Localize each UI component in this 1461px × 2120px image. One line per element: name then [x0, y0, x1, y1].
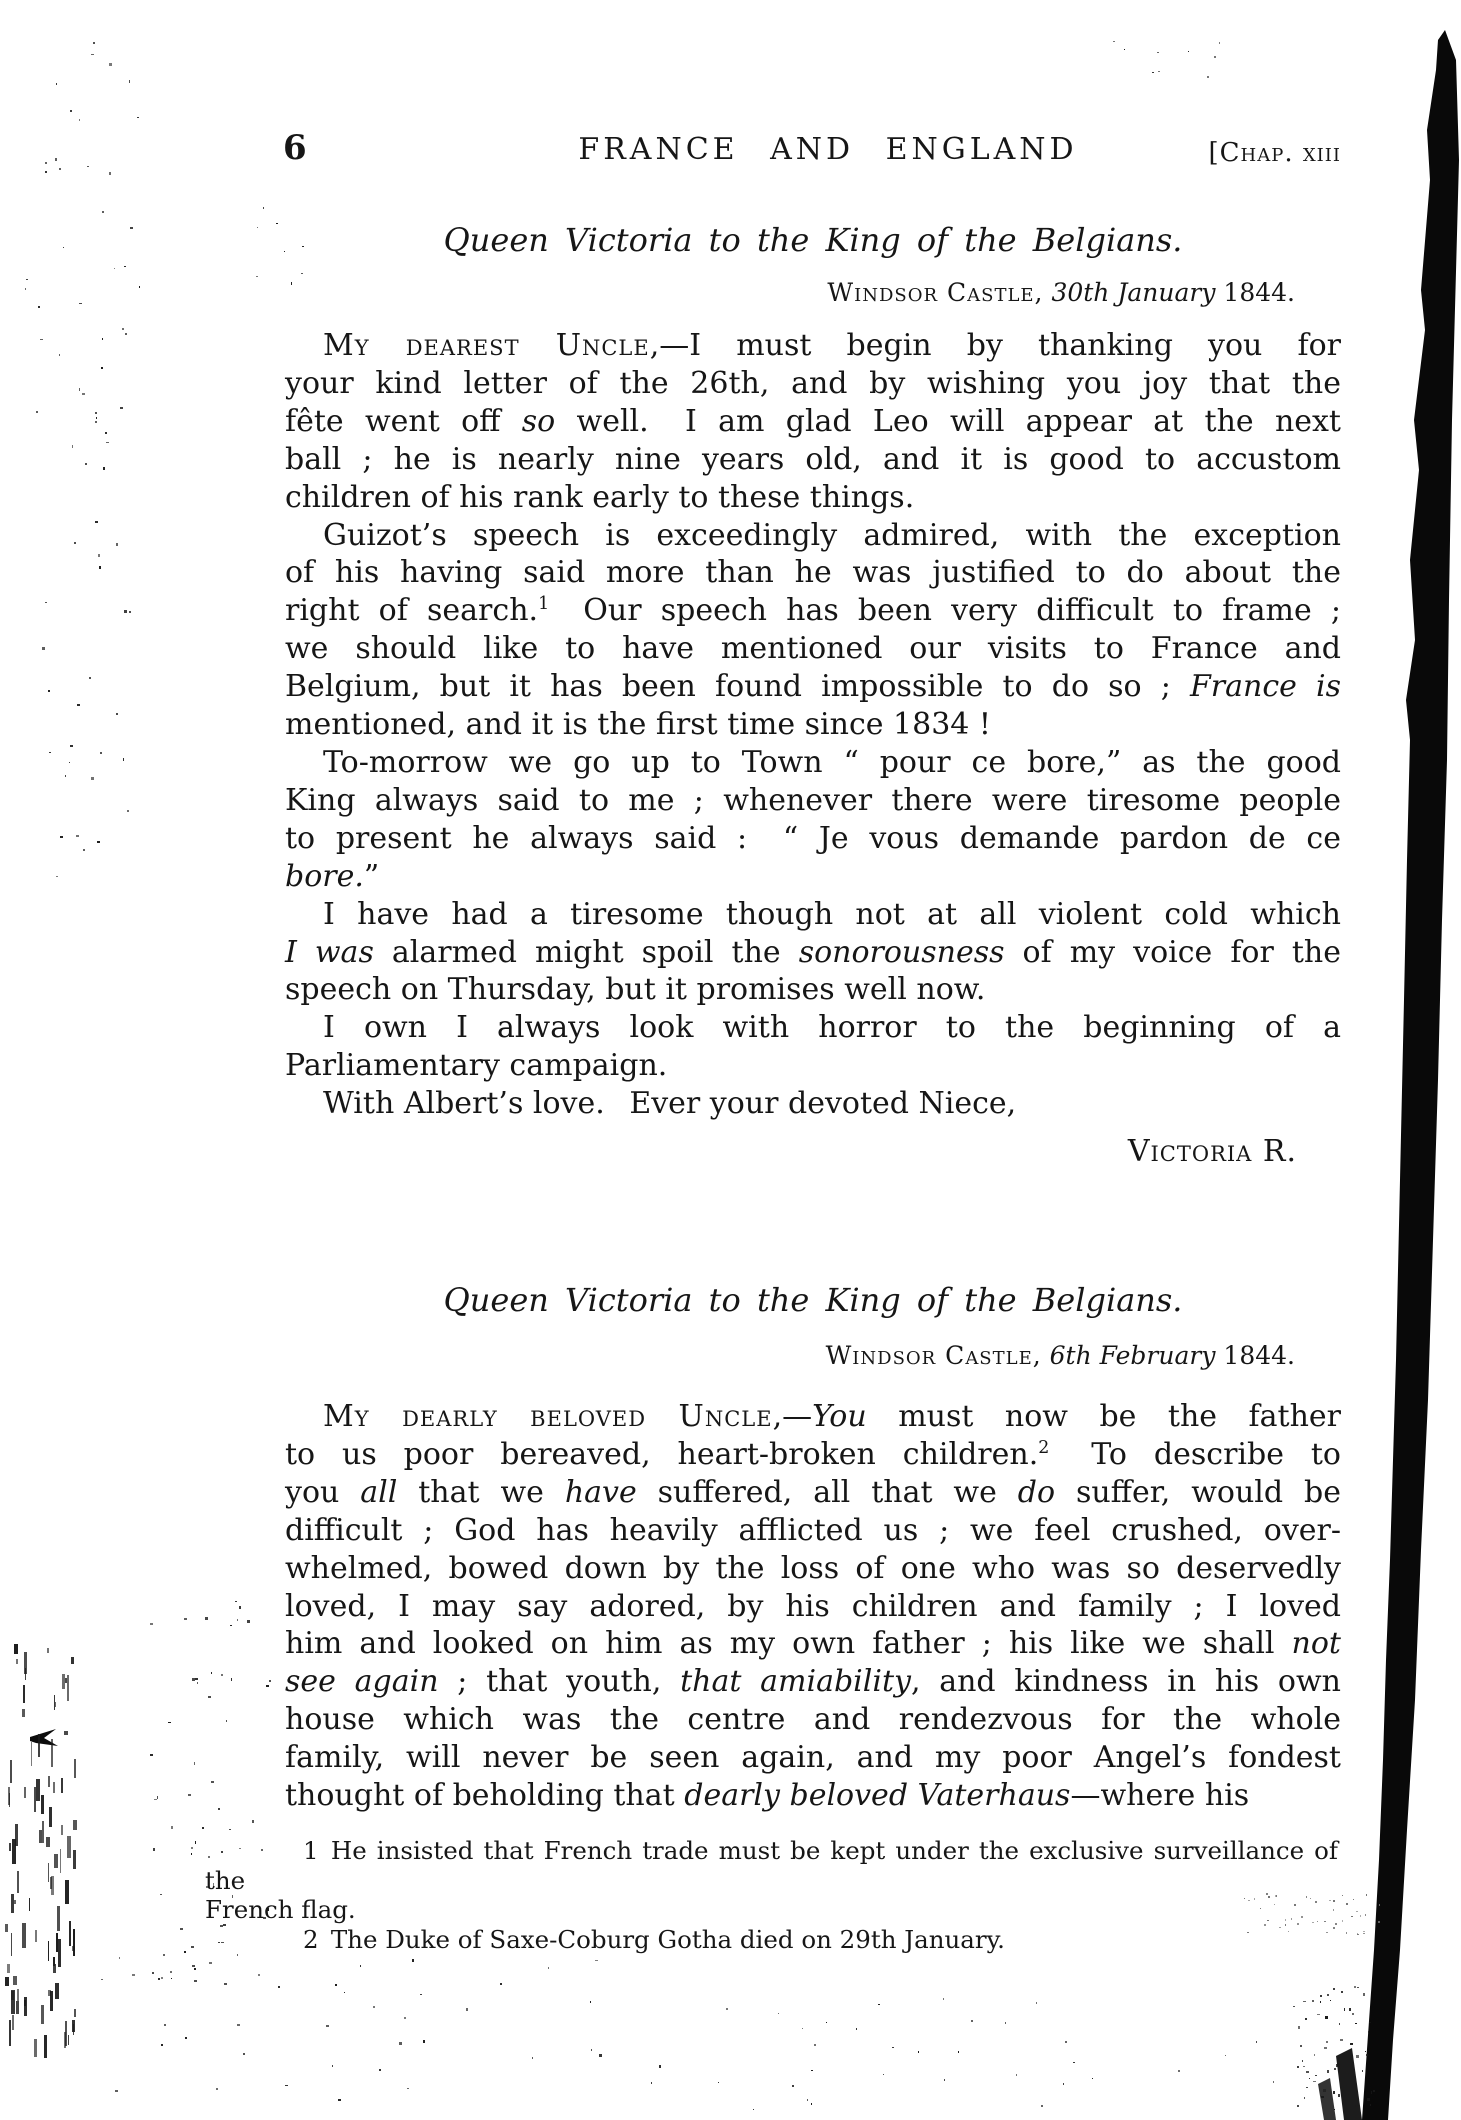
- noise-speck: [161, 1977, 164, 1978]
- noise-speck: [257, 227, 258, 228]
- text-run: Our speech has been very difficult to fr…: [549, 593, 1341, 628]
- noise-speck: [9, 2020, 11, 2047]
- text-run: ”: [364, 859, 379, 894]
- noise-speck: [65, 775, 66, 777]
- noise-speck: [184, 1618, 187, 1620]
- noise-speck: [1379, 1904, 1380, 1906]
- noise-speck: [93, 42, 95, 44]
- noise-speck: [194, 1980, 197, 1982]
- noise-speck: [224, 1983, 227, 1985]
- text-run: have: [565, 1475, 637, 1510]
- noise-speck: [1314, 2054, 1315, 2056]
- noise-speck: [73, 1929, 75, 1956]
- text-run: France is: [1190, 669, 1341, 704]
- noise-speck: [1041, 2105, 1043, 2107]
- noise-speck: [184, 1951, 186, 1953]
- noise-speck: [129, 611, 131, 613]
- noise-speck: [79, 303, 82, 305]
- noise-speck: [1303, 2066, 1305, 2067]
- noise-speck: [40, 339, 42, 340]
- noise-speck: [258, 1974, 260, 1976]
- noise-speck: [1300, 2045, 1302, 2047]
- text-run: bore.: [285, 859, 364, 894]
- noise-speck: [1367, 2098, 1369, 2101]
- text-run: must now be the father: [867, 1399, 1341, 1434]
- noise-speck: [106, 442, 109, 443]
- noise-speck: [56, 876, 57, 877]
- noise-speck: [1306, 2087, 1308, 2089]
- noise-speck: [13, 1976, 17, 1986]
- noise-speck: [195, 1841, 196, 1843]
- noise-speck: [25, 288, 26, 290]
- noise-speck: [60, 836, 62, 838]
- noise-speck: [335, 1984, 336, 1986]
- noise-speck: [412, 1959, 414, 1962]
- noise-speck: [163, 1954, 165, 1956]
- noise-speck: [72, 2020, 76, 2032]
- text-run: —where his: [1070, 1778, 1249, 1813]
- letter1-heading: Queen Victoria to the King of the Belgia…: [285, 221, 1341, 259]
- text-line: bore.”: [285, 858, 1341, 896]
- noise-speck: [105, 432, 107, 434]
- noise-speck: [1124, 49, 1125, 50]
- noise-speck: [237, 1954, 238, 1956]
- noise-speck: [1356, 1911, 1358, 1912]
- text-line: family, will never be seen again, and my…: [285, 1739, 1341, 1777]
- letter2-dateline: Windsor Castle, 6th February 1844.: [285, 1341, 1341, 1370]
- noise-speck: [252, 1820, 254, 1822]
- text-line: King always said to me ; whenever there …: [285, 782, 1341, 820]
- noise-speck: [61, 1778, 63, 1794]
- noise-speck: [61, 1825, 63, 1835]
- noise-speck: [1005, 2022, 1007, 2024]
- text-line: I was alarmed might spoil the sonorousne…: [285, 934, 1341, 972]
- text-run: 2 The Duke of Saxe-Coburg Gotha died on …: [303, 1925, 1005, 1954]
- noise-speck: [39, 1830, 42, 1842]
- noise-speck: [68, 2035, 70, 2044]
- noise-speck: [1346, 1932, 1347, 1933]
- noise-speck: [1334, 2109, 1336, 2111]
- noise-speck: [229, 1829, 230, 1830]
- noise-speck: [1357, 1987, 1359, 1988]
- noise-speck: [109, 172, 110, 175]
- noise-speck: [1306, 2071, 1309, 2073]
- noise-speck: [10, 1760, 12, 1783]
- noise-speck: [101, 367, 102, 369]
- noise-speck: [1366, 2054, 1368, 2055]
- text-run: alarmed might spoil the: [374, 935, 799, 970]
- noise-speck: [301, 273, 302, 274]
- noise-speck: [115, 2090, 118, 2092]
- noise-speck: [1354, 1986, 1356, 1988]
- noise-speck: [1357, 1934, 1359, 1935]
- text-line: of his having said more than he was just…: [285, 554, 1341, 592]
- text-run: Guizot’s speech is exceedingly admired, …: [323, 518, 1341, 553]
- noise-speck: [1073, 2062, 1074, 2063]
- noise-speck: [1326, 2041, 1328, 2043]
- noise-speck: [70, 110, 72, 111]
- text-run: difficult ; God has heavily afflicted us…: [285, 1513, 1341, 1548]
- text-run: fête went off: [285, 404, 522, 439]
- footnotes: 1 He insisted that French trade must be …: [205, 1836, 1338, 1954]
- noise-speck: [158, 1978, 159, 1980]
- noise-speck: [7, 1964, 10, 1973]
- noise-speck: [171, 1826, 173, 1829]
- text-run: My dearest Uncle: [323, 328, 650, 363]
- noise-speck: [124, 266, 126, 267]
- noise-speck: [532, 2057, 533, 2058]
- noise-speck: [60, 1849, 61, 1873]
- noise-speck: [1344, 2008, 1345, 2011]
- noise-speck: [599, 2054, 601, 2057]
- text-line: difficult ; God has heavily afflicted us…: [285, 1512, 1341, 1550]
- noise-speck: [1113, 41, 1115, 42]
- noise-speck: [69, 1921, 71, 1946]
- text-run: do: [1018, 1475, 1055, 1510]
- noise-speck: [191, 1853, 193, 1855]
- dateline-year: 1844.: [1223, 278, 1295, 307]
- noise-speck: [892, 2047, 894, 2048]
- noise-speck: [98, 554, 100, 557]
- noise-speck: [814, 2044, 816, 2046]
- text-line: Belgium, but it has been found impossibl…: [285, 668, 1341, 706]
- text-run: mentioned, and it is the first time sinc…: [285, 707, 991, 742]
- noise-speck: [91, 777, 94, 780]
- noise-speck: [120, 407, 123, 409]
- noise-speck: [1351, 1916, 1353, 1918]
- noise-speck: [278, 1986, 279, 1988]
- noise-speck: [226, 1720, 228, 1723]
- noise-speck: [83, 849, 85, 852]
- text-run: ,—: [773, 1399, 813, 1434]
- noise-speck: [1214, 56, 1216, 58]
- noise-speck: [152, 1972, 154, 1974]
- letter2-heading: Queen Victoria to the King of the Belgia…: [285, 1281, 1341, 1319]
- noise-speck: [14, 1644, 18, 1653]
- noise-speck: [807, 2099, 808, 2101]
- text-run: sonorousness: [799, 935, 1005, 970]
- noise-speck: [168, 1722, 171, 1723]
- noise-speck: [34, 1787, 37, 1812]
- noise-speck: [53, 1782, 55, 1793]
- text-run: French flag.: [205, 1895, 356, 1924]
- noise-speck: [811, 2103, 813, 2105]
- noise-speck: [197, 1682, 199, 1684]
- noise-speck: [73, 1850, 76, 1868]
- noise-speck: [180, 1928, 182, 1931]
- noise-speck: [1366, 1894, 1367, 1896]
- noise-speck: [46, 1837, 50, 1847]
- noise-speck: [91, 54, 94, 55]
- text-line: to us poor bereaved, heart-broken childr…: [285, 1436, 1341, 1474]
- text-run: thought of beholding that: [285, 1778, 684, 1813]
- noise-speck: [137, 117, 140, 118]
- noise-speck: [56, 1933, 58, 1952]
- noise-speck: [1092, 2078, 1094, 2079]
- noise-speck: [72, 445, 73, 448]
- text-line: Parliamentary campaign.: [285, 1047, 1341, 1085]
- text-run: so: [522, 404, 555, 439]
- noise-speck: [16, 1659, 18, 1664]
- noise-speck: [45, 162, 48, 164]
- text-line: I own I always look with horror to the b…: [285, 1009, 1341, 1047]
- noise-speck: [95, 421, 97, 422]
- text-line: house which was the centre and rendezvou…: [285, 1701, 1341, 1739]
- noise-speck: [95, 412, 97, 414]
- noise-speck: [67, 1675, 70, 1701]
- noise-speck: [1302, 2060, 1303, 2062]
- noise-speck: [50, 1877, 52, 1889]
- noise-speck: [48, 1990, 51, 1996]
- text-run: With Albert’s love. Ever your devoted Ni…: [323, 1086, 1016, 1121]
- noise-speck: [548, 1967, 549, 1969]
- noise-speck: [72, 1946, 74, 1950]
- noise-speck: [192, 1678, 195, 1681]
- noise-speck: [12, 1839, 16, 1865]
- noise-speck: [1158, 71, 1160, 73]
- noise-speck: [878, 2004, 879, 2005]
- noise-speck: [53, 1957, 54, 1966]
- noise-speck: [944, 2079, 946, 2081]
- noise-speck: [5, 1924, 7, 1932]
- noise-speck: [55, 158, 57, 160]
- noise-speck: [11, 1991, 14, 2000]
- noise-speck: [49, 752, 51, 753]
- noise-speck: [1256, 2041, 1257, 2042]
- noise-speck: [237, 2024, 239, 2026]
- noise-speck: [1219, 42, 1221, 44]
- text-run: him and looked on him as my own father ;…: [285, 1626, 1292, 1661]
- noise-speck: [1317, 2014, 1320, 2016]
- noise-speck: [170, 1971, 172, 1973]
- noise-speck: [263, 207, 265, 209]
- text-line: ball ; he is nearly nine years old, and …: [285, 441, 1341, 479]
- noise-speck: [44, 2035, 47, 2058]
- noise-speck: [57, 1906, 60, 1931]
- noise-speck: [51, 1739, 53, 1767]
- text-run: Belgium, but it has been found impossibl…: [285, 669, 1190, 704]
- noise-speck: [114, 268, 115, 269]
- noise-speck: [1356, 2055, 1359, 2058]
- noise-speck: [753, 2109, 754, 2110]
- noise-speck: [1313, 2081, 1316, 2082]
- noise-speck: [97, 841, 100, 843]
- text-line: to present he always said : “ Je vous de…: [285, 820, 1341, 858]
- dateline-year: 1844.: [1223, 1341, 1295, 1370]
- noise-speck: [651, 2082, 652, 2084]
- noise-speck: [191, 1847, 193, 1850]
- text-line: mentioned, and it is the first time sinc…: [285, 706, 1341, 744]
- noise-speck: [85, 463, 86, 465]
- noise-speck: [48, 1863, 50, 1882]
- noise-speck: [1340, 2039, 1343, 2041]
- text-run: you: [285, 1475, 360, 1510]
- text-line: To-morrow we go up to Town “ pour ce bor…: [285, 744, 1341, 782]
- noise-speck: [958, 2051, 959, 2053]
- noise-speck: [9, 1843, 11, 1852]
- text-line: your kind letter of the 26th, and by wis…: [285, 365, 1341, 403]
- noise-speck: [34, 2039, 37, 2057]
- noise-speck: [129, 80, 131, 83]
- noise-speck: [1353, 1899, 1354, 1901]
- noise-speck: [36, 1779, 40, 1800]
- noise-speck: [24, 1787, 26, 1798]
- noise-speck: [1207, 76, 1208, 78]
- noise-speck: [1378, 1921, 1380, 1923]
- noise-speck: [1178, 2070, 1179, 2071]
- dateline-date: 6th February: [1050, 1341, 1216, 1370]
- noise-speck: [87, 166, 88, 167]
- noise-speck: [16, 2001, 18, 2014]
- text-line: see again ; that youth, that amiability,…: [285, 1663, 1341, 1701]
- noise-speck: [157, 1796, 158, 1799]
- noise-speck: [1334, 2068, 1336, 2070]
- noise-speck: [379, 2069, 381, 2071]
- noise-speck: [77, 704, 80, 706]
- noise-speck: [79, 388, 80, 391]
- noise-speck: [47, 1648, 49, 1653]
- noise-speck: [71, 1657, 73, 1664]
- noise-speck: [1360, 1915, 1361, 1917]
- noise-speck: [65, 2021, 67, 2046]
- noise-speck: [56, 83, 58, 85]
- noise-speck: [1365, 2051, 1366, 2052]
- noise-speck: [1349, 2008, 1352, 2011]
- noise-speck: [1363, 1933, 1365, 1935]
- noise-speck: [22, 1709, 25, 1717]
- noise-speck: [1341, 1991, 1343, 1992]
- noise-speck: [1357, 1933, 1358, 1934]
- text-line: My dearly beloved Uncle,—You must now be…: [285, 1398, 1341, 1436]
- noise-speck: [802, 2028, 803, 2030]
- noise-speck: [338, 2099, 341, 2101]
- book-page: 6 FRANCE AND ENGLAND [Chap. xiii Queen V…: [0, 0, 1461, 2120]
- noise-speck: [1297, 2066, 1299, 2069]
- noise-speck: [1333, 2091, 1335, 2093]
- noise-speck: [74, 1759, 76, 1777]
- dateline-place: Windsor Castle,: [827, 278, 1043, 307]
- text-line: right of search.1 Our speech has been ve…: [285, 592, 1341, 630]
- text-run: dearly beloved Vaterhaus: [684, 1778, 1070, 1813]
- noise-speck: [1305, 2018, 1306, 2019]
- noise-speck: [64, 1731, 67, 1735]
- noise-speck: [1325, 2016, 1328, 2019]
- noise-speck: [25, 1668, 26, 1681]
- text-line: 1 He insisted that French trade must be …: [205, 1836, 1338, 1895]
- noise-speck: [130, 227, 133, 229]
- text-run: that amiability: [680, 1664, 911, 1699]
- noise-speck: [216, 2088, 218, 2090]
- text-run: to us poor bereaved, heart-broken childr…: [285, 1437, 1038, 1472]
- noise-speck: [73, 1820, 77, 1829]
- noise-speck: [29, 1898, 31, 1911]
- text-line: My dearest Uncle,—I must begin by thanki…: [285, 327, 1341, 365]
- noise-speck: [269, 1680, 270, 1681]
- noise-speck: [1293, 2006, 1294, 2007]
- noise-speck: [404, 2017, 406, 2019]
- text-run: 2: [1038, 1438, 1049, 1458]
- noise-speck: [55, 1702, 57, 1707]
- noise-speck: [164, 2024, 166, 2026]
- noise-speck: [82, 393, 84, 394]
- noise-speck: [500, 1983, 502, 1984]
- noise-speck: [54, 1695, 55, 1710]
- text-line: whelmed, bowed down by the loss of one w…: [285, 1550, 1341, 1588]
- noise-speck: [103, 467, 105, 470]
- noise-speck: [1352, 2013, 1354, 2015]
- noise-speck: [41, 1795, 45, 1813]
- noise-speck: [53, 1964, 56, 1973]
- noise-speck: [50, 1991, 53, 2011]
- noise-speck: [17, 1989, 18, 2001]
- noise-speck: [132, 1974, 135, 1976]
- noise-speck: [76, 835, 79, 837]
- noise-speck: [122, 328, 124, 330]
- noise-speck: [11, 1933, 12, 1956]
- noise-speck: [1365, 1914, 1366, 1916]
- noise-speck: [160, 1894, 162, 1895]
- noise-speck: [5, 1977, 8, 1986]
- text-run: well. I am glad Leo will appear at the n…: [555, 404, 1341, 439]
- noise-speck: [102, 338, 103, 340]
- noise-speck: [154, 1799, 157, 1800]
- noise-speck: [256, 276, 258, 277]
- noise-speck: [70, 745, 73, 747]
- noise-speck: [205, 1617, 207, 1620]
- noise-speck: [1321, 2096, 1324, 2098]
- noise-speck: [1157, 52, 1159, 53]
- noise-speck: [235, 1601, 237, 1602]
- noise-speck: [48, 1941, 50, 1961]
- text-run: right of search.: [285, 593, 538, 628]
- noise-speck: [1370, 2104, 1371, 2106]
- noise-speck: [101, 1979, 102, 1980]
- noise-speck: [1309, 2078, 1311, 2080]
- noise-speck: [202, 1827, 204, 1830]
- noise-speck: [38, 306, 41, 308]
- text-run: You: [812, 1399, 867, 1434]
- letter2-body: My dearly beloved Uncle,—You must now be…: [285, 1398, 1341, 1815]
- noise-speck: [125, 333, 127, 335]
- noise-speck: [239, 1606, 241, 1609]
- text-run: suffered, all that we: [637, 1475, 1018, 1510]
- noise-speck: [237, 1619, 238, 1621]
- noise-speck: [1225, 2055, 1226, 2056]
- noise-speck: [1298, 2026, 1300, 2029]
- noise-speck: [1188, 51, 1189, 52]
- text-run: whelmed, bowed down by the loss of one w…: [285, 1551, 1341, 1586]
- noise-speck: [45, 171, 46, 173]
- noise-speck: [51, 1876, 54, 1894]
- text-run: family, will never be seen again, and my…: [285, 1740, 1341, 1775]
- noise-speck: [124, 610, 127, 613]
- noise-speck: [24, 1652, 27, 1674]
- text-run: ball ; he is nearly nine years old, and …: [285, 442, 1341, 477]
- noise-speck: [42, 647, 44, 650]
- noise-speck: [407, 2088, 409, 2089]
- text-run: , and kindness in his own: [911, 1664, 1341, 1699]
- text-run: My dearly beloved Uncle: [323, 1399, 773, 1434]
- noise-speck: [1339, 2023, 1340, 2025]
- noise-speck: [14, 1900, 16, 1904]
- noise-speck: [344, 1992, 345, 1993]
- noise-speck: [1369, 2022, 1371, 2023]
- noise-speck: [591, 2049, 592, 2051]
- dateline-date: 30th January: [1051, 278, 1215, 307]
- noise-speck: [161, 2044, 163, 2046]
- text-line: 2 The Duke of Saxe-Coburg Gotha died on …: [205, 1925, 1338, 1955]
- noise-speck: [191, 1946, 194, 1948]
